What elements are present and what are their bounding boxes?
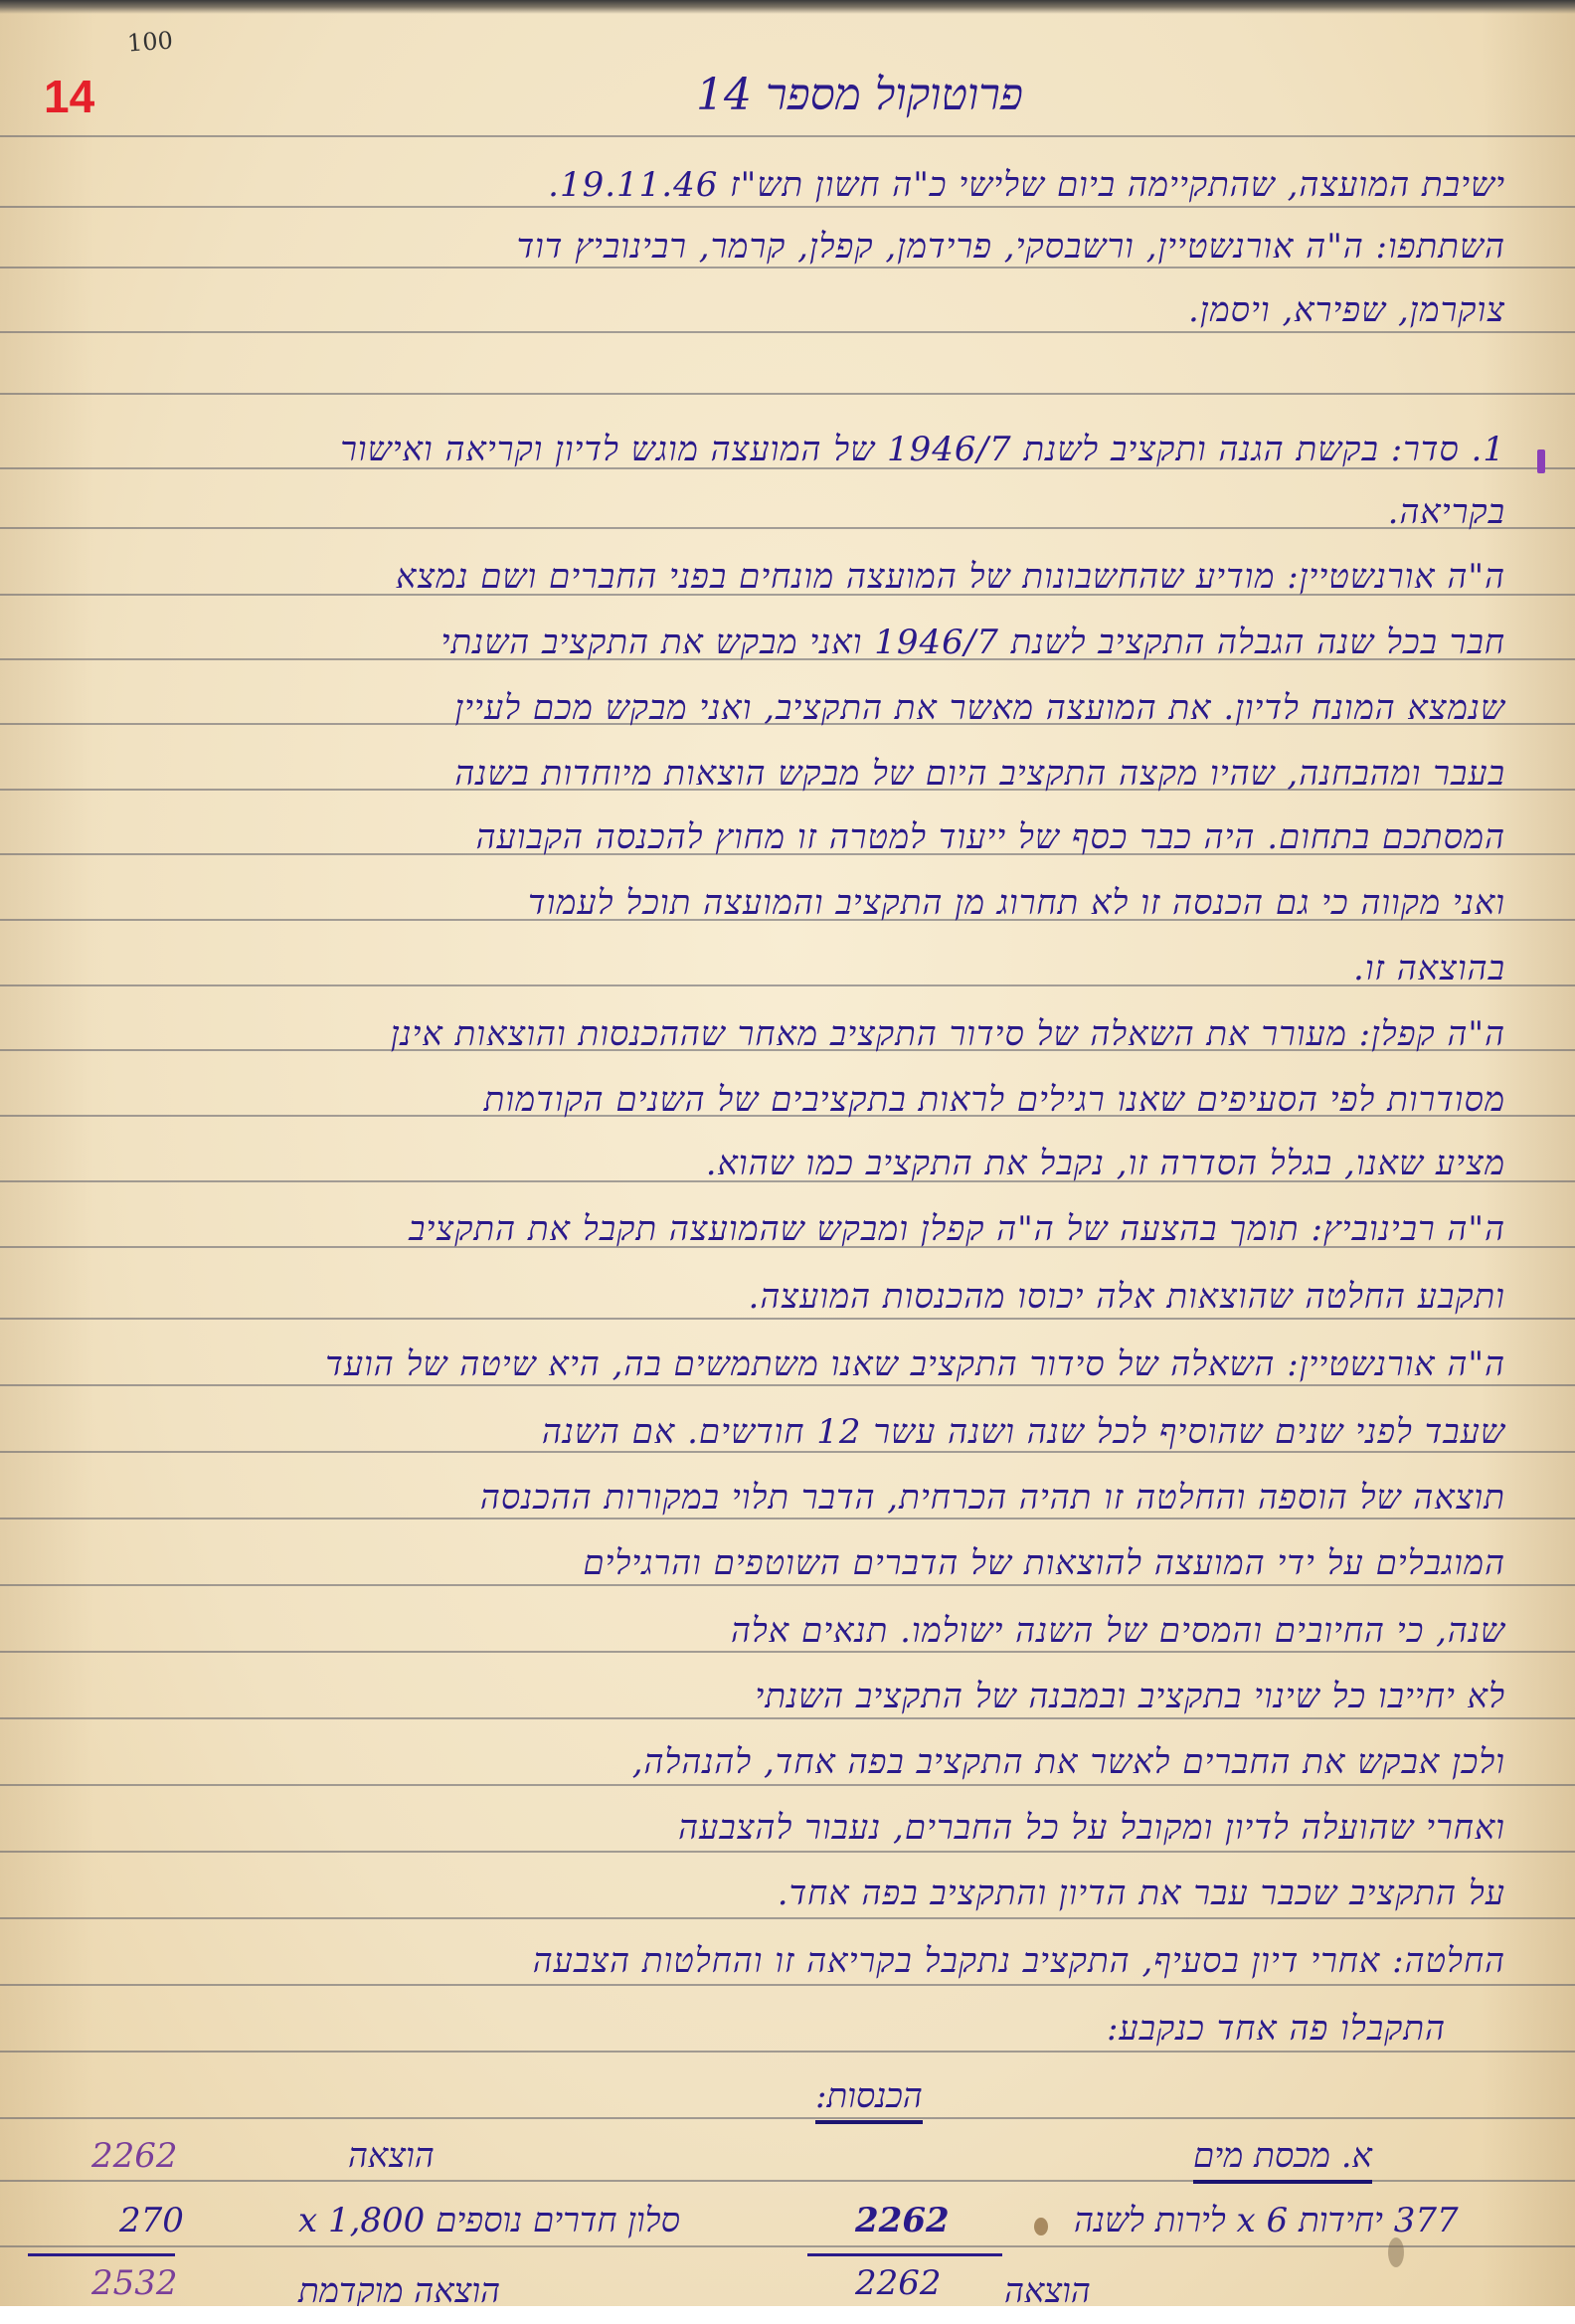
body-line: שעבד לפני שנים שהוסיף לכל שנה ושנה עשר 1…: [542, 1412, 1505, 1452]
ruled-line: [0, 135, 1575, 137]
ruled-line: [0, 1851, 1575, 1853]
body-line: שנה, כי החיובים והמסים של השנה ישולמו. ת…: [731, 1611, 1505, 1651]
calc-left-value-top: 2262: [91, 2136, 178, 2176]
body-line: ותקבע החלטה שהוצאות אלה יכוסו מהכנסות המ…: [749, 1277, 1505, 1317]
pencil-folio-number: 100: [126, 26, 174, 57]
document-page: 100 14 פרוטוקול מספר 14 ישיבת המועצה, שה…: [0, 0, 1575, 2324]
attendees-line-1: השתתפו: ה"ה אורנשטיין, ורשבסקי, פרידמן, …: [517, 227, 1505, 267]
calc-left-value-mid: 270: [119, 2201, 184, 2240]
protocol-title: פרוטוקול מספר 14: [696, 70, 1023, 120]
calc-right-total: 2262: [855, 2263, 942, 2303]
body-line: ה"ה קפלן: מעורר את השאלה של סידור התקציב…: [391, 1014, 1505, 1054]
body-line: 1. סדר: בקשת הגנה ותקציב לשנת 1946/7 של …: [340, 430, 1505, 469]
ruled-line: [0, 2245, 1575, 2247]
ink-stain: [1388, 2237, 1404, 2267]
body-line: חבר בכל שנה הגבלה התקציב לשנת 1946/7 ואנ…: [441, 623, 1505, 662]
body-line: בעבר ומהבחנה, שהיו מקצה התקציב היום של מ…: [454, 754, 1505, 794]
ruled-line: [0, 1717, 1575, 1719]
ruled-line: [0, 331, 1575, 333]
body-line: תוצאה של הוספה והחלטה זו תהיה הכרחית, הד…: [480, 1478, 1505, 1518]
body-line: ואני מקווה כי גם הכנסה זו לא תחרוג מן הת…: [528, 883, 1505, 923]
body-line: ה"ה אורנשטיין: השאלה של סידור התקציב שאנ…: [325, 1344, 1505, 1384]
body-line: מסודרות לפי הסעיפים שאנו רגילים לראות בת…: [484, 1080, 1505, 1120]
ink-stain: [1034, 2218, 1048, 2235]
ruled-line: [0, 984, 1575, 986]
body-line: בהוצאה זו.: [1353, 949, 1505, 988]
red-page-number: 14: [44, 70, 94, 123]
calc-right-item: 377 יחידות x 6 לירות לשנה: [1074, 2201, 1459, 2240]
calc-right-sum-bar: [807, 2253, 1002, 2256]
body-line: התקבלו פה אחד כנקבע:: [1107, 2009, 1446, 2049]
body-line: ואחרי שהועלה לדיון ומקובל על כל החברים, …: [678, 1808, 1505, 1848]
body-line: על התקציב שכבר עבר את הדיון והתקציב בפה …: [778, 1874, 1505, 1913]
ruled-line: [0, 267, 1575, 268]
meeting-date-line: ישיבת המועצה, שהתקיימה ביום שלישי כ"ה חש…: [548, 165, 1505, 205]
ruled-line: [0, 1784, 1575, 1786]
body-line: המסתכם בתחום. היה כבר כסף של ייעוד למטרה…: [476, 817, 1505, 857]
ruled-line: [0, 1584, 1575, 1586]
body-line: בקריאה.: [1388, 492, 1505, 532]
ruled-line: [0, 206, 1575, 208]
ruled-line: [0, 1518, 1575, 1520]
margin-highlight-mark: [1537, 449, 1545, 473]
ruled-line: [0, 1384, 1575, 1386]
ruled-line: [0, 2051, 1575, 2053]
ruled-line: [0, 1917, 1575, 1919]
calc-right-label-bottom: הוצאה: [1004, 2271, 1091, 2311]
ruled-line: [0, 1651, 1575, 1653]
calc-left-total: 2532: [91, 2263, 178, 2303]
income-heading-text: הכנסות:: [815, 2076, 923, 2124]
scan-top-edge: [0, 0, 1575, 14]
body-line: לא יחייבו כל שינוי בתקציב ובמבנה של התקצ…: [755, 1677, 1505, 1716]
body-line: מציע שאנו, בגלל הסדרה זו, נקבל את התקציב…: [706, 1144, 1505, 1183]
calc-left-item: סלון חדרים נוספים x 1,800: [298, 2201, 680, 2240]
ruled-line: [0, 1318, 1575, 1320]
ruled-line: [0, 527, 1575, 529]
scan-bottom-edge: [0, 2306, 1575, 2324]
ruled-line: [0, 2117, 1575, 2119]
body-line: ולכן אבקש את החברים לאשר את התקציב בפה א…: [632, 1742, 1505, 1782]
income-heading: הכנסות:: [815, 2076, 923, 2116]
body-line: ה"ה אורנשטיין: מודיע שהחשבונות של המועצה…: [396, 557, 1505, 597]
ruled-line: [0, 1984, 1575, 1986]
calc-left-sum-bar: [28, 2253, 175, 2256]
calc-right-section-label: א. מכסת מים: [1193, 2136, 1372, 2184]
ruled-line: [0, 393, 1575, 395]
body-line: החלטה: אחרי דיון בסעיף, התקציב נתקבל בקר…: [533, 1941, 1505, 1981]
body-line: שנמצא המונח לדיון. את המועצה מאשר את התק…: [454, 688, 1505, 728]
body-line: המוגבלים על ידי המועצה להוצאות של הדברים…: [583, 1543, 1505, 1583]
calc-left-label-bottom: הוצאה מוקדמת: [298, 2271, 500, 2311]
calc-right-value: 2262: [855, 2201, 950, 2240]
attendees-line-2: צוקרמן, שפירא, ויסמן.: [1188, 290, 1505, 330]
calc-right-section: א. מכסת מים: [1193, 2136, 1372, 2176]
body-line: ה"ה רבינוביץ: תומך בהצעה של ה"ה קפלן ומב…: [409, 1209, 1505, 1249]
calc-left-label-top: הוצאה: [348, 2136, 435, 2176]
